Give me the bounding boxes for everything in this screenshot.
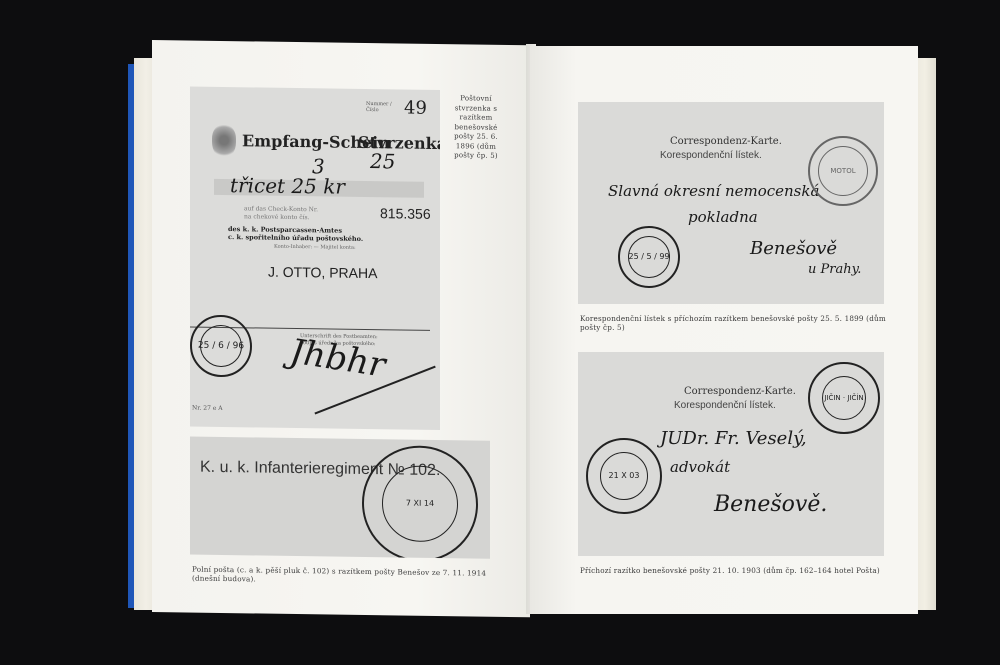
postcard-2-address-line-1: JUDr. Fr. Veselý,	[660, 428, 807, 449]
postcard-2-heading-czech: Korespondenční lístek.	[674, 400, 776, 411]
postcard-2-caption: Příchozí razítko benešovské pošty 21. 10…	[580, 566, 910, 575]
receipt-postmark: 25 / 6 / 96	[190, 315, 252, 378]
receipt-account-number: 815.356	[380, 205, 431, 222]
postcard-2-origin-postmark: JIČIN · JIČÍN	[808, 362, 880, 434]
postcard-1-address-line-2: pokladna	[688, 208, 758, 226]
postcard-1-caption: Korespondenční lístek s příchozím razítk…	[580, 314, 900, 332]
receipt-office-czech: c. k. spořitelního úřadu poštovského.	[228, 233, 363, 243]
receipt-amount-kr: 25	[370, 149, 395, 173]
open-book: Nummer / Číslo 49 Empfang-Schein Stvrzen…	[0, 0, 1000, 665]
postcard-1-address-line-1: Slavná okresní nemocenská	[608, 182, 819, 200]
receipt-account-line-czech: na chekové konto čís.	[244, 213, 310, 221]
receipt-account-line-german: auf das Check-Konto Nr.	[244, 205, 318, 213]
postcard-1-address-line-4: u Prahy.	[808, 262, 861, 277]
receipt-side-caption: Poštovní stvrzenka s razítkem benešovské…	[448, 94, 504, 161]
postcard-1-heading-german: Correspondenz-Karte.	[670, 136, 782, 147]
postcard-1-arrival-postmark: 25 / 5 / 99	[618, 226, 680, 288]
postcard-2-address-line-2: advokát	[670, 458, 730, 476]
receipt-number-label: Nummer / Číslo	[366, 101, 396, 113]
receipt-holder-label: Konto-Inhaber: — Majitel konta:	[274, 244, 356, 251]
receipt-form-code: Nr. 27 e A	[192, 405, 223, 412]
receipt-holder: J. OTTO, PRAHA	[268, 264, 377, 282]
regiment-postmark: 7 XI 14	[362, 445, 478, 559]
regiment-caption: Polní pošta (c. a k. pěší pluk č. 102) s…	[192, 565, 502, 587]
postcard-1-origin-postmark: MOTOL	[808, 136, 878, 206]
receipt-number: 49	[404, 98, 427, 119]
postcard-2-arrival-postmark: 21 X 03	[586, 438, 662, 514]
postcard-2-heading-german: Correspondenz-Karte.	[684, 386, 796, 397]
postcard-1-heading-czech: Korespondenční lístek.	[660, 150, 762, 161]
postcard-1-address-line-3: Benešově	[750, 238, 837, 259]
regiment-photo: K. u. k. Infanterieregiment № 102. 7 XI …	[190, 437, 490, 559]
receipt-photo: Nummer / Číslo 49 Empfang-Schein Stvrzen…	[190, 87, 440, 430]
postcard-2-photo: Correspondenz-Karte. Korespondenční líst…	[578, 352, 884, 556]
coat-of-arms-icon	[212, 125, 236, 159]
postcard-2-address-line-3: Benešově.	[714, 492, 827, 517]
postcard-1-photo: Correspondenz-Karte. Korespondenční líst…	[578, 102, 884, 304]
receipt-handwritten-words: třicet 25 kr	[230, 173, 345, 199]
left-page: Nummer / Číslo 49 Empfang-Schein Stvrzen…	[152, 40, 530, 617]
right-page: Correspondenz-Karte. Korespondenční líst…	[530, 46, 918, 614]
